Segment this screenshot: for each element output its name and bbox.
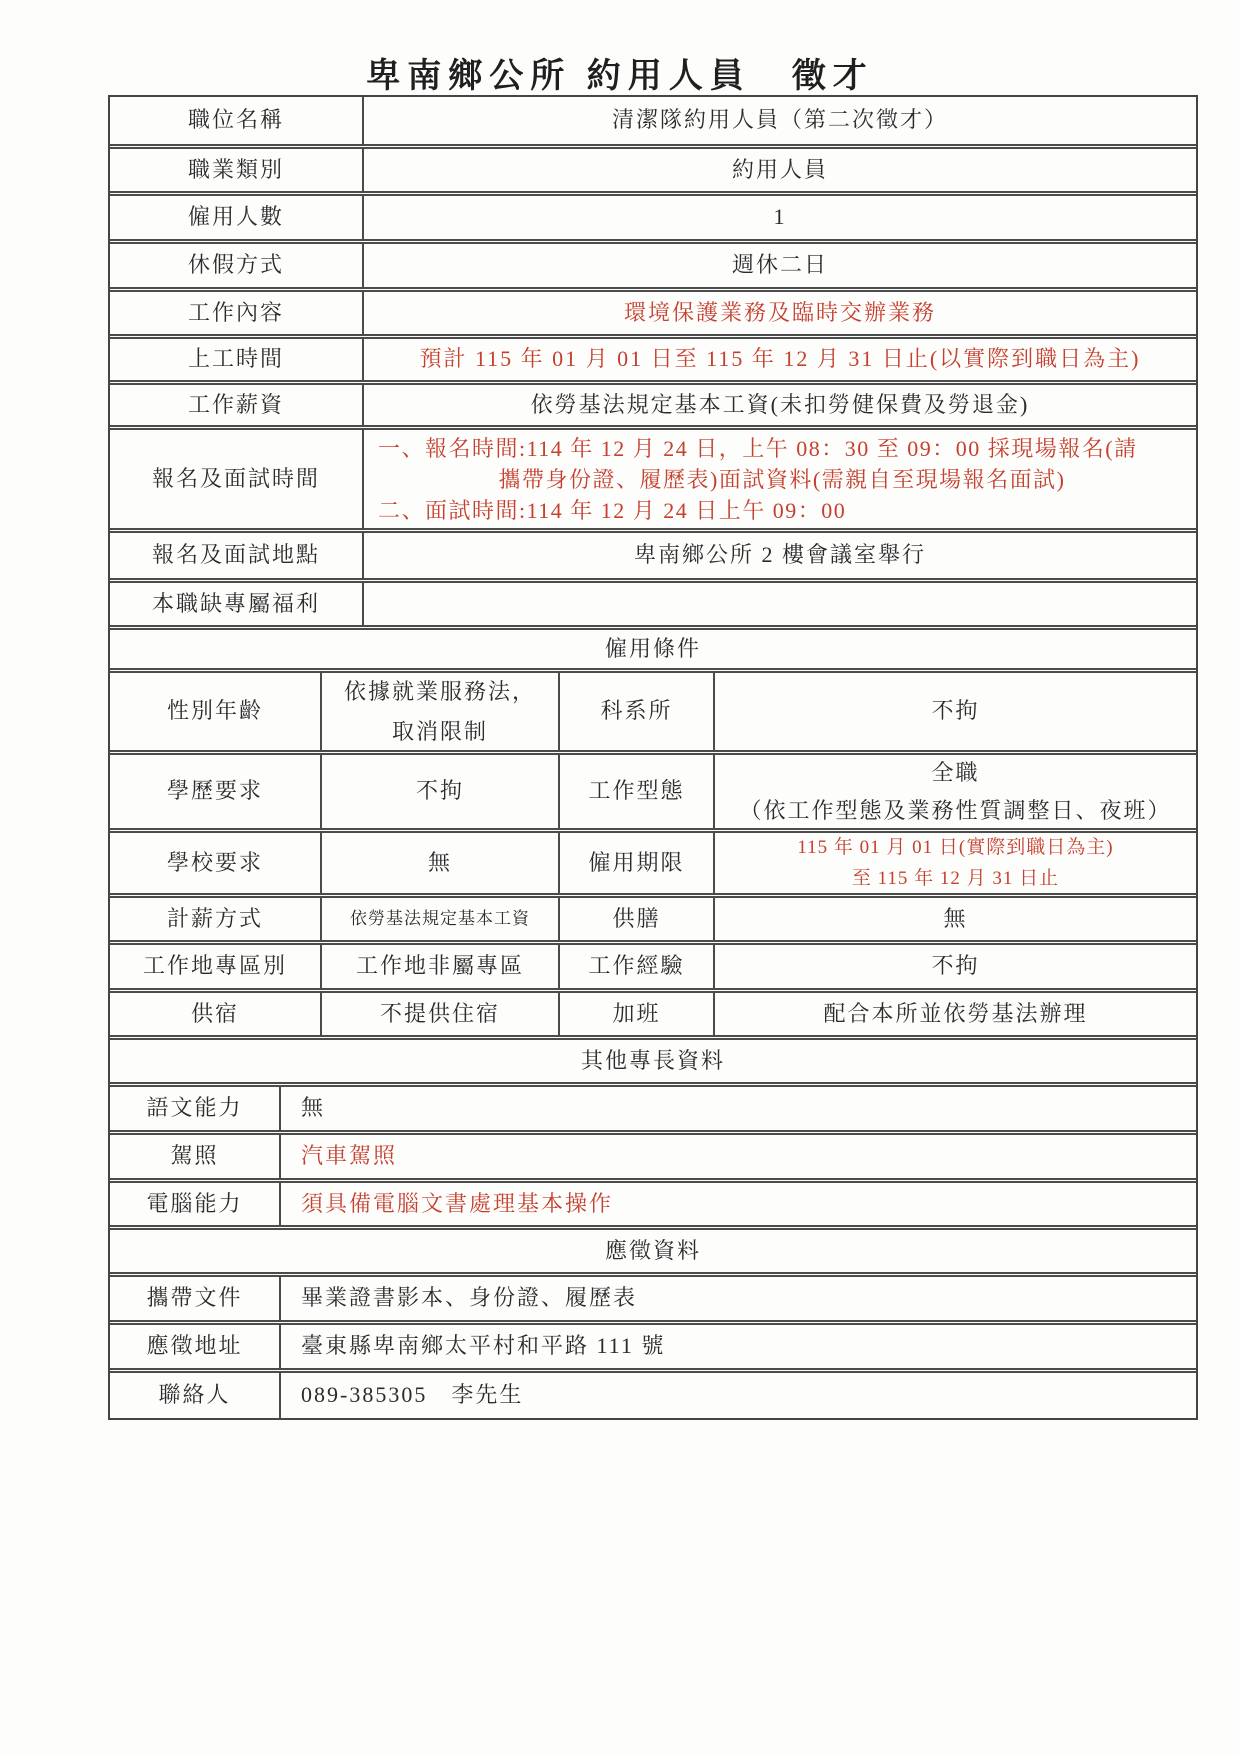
school-value: 無 bbox=[320, 833, 558, 893]
employment-period-line-1: 115 年 01 月 01 日(實際到職日為主) bbox=[797, 832, 1113, 863]
employment-period-line-2: 至 115 年 12 月 31 日止 bbox=[852, 863, 1059, 894]
work-zone-label: 工作地專區別 bbox=[110, 945, 320, 988]
form-row-start-period: 上工時間 預計 115 年 01 月 01 日至 115 年 12 月 31 日… bbox=[110, 334, 1196, 380]
leave-policy-label: 休假方式 bbox=[110, 244, 362, 287]
recruitment-form-table: 職位名稱 清潔隊約用人員（第二次徵才） 職業類別 約用人員 僱用人數 1 休假方… bbox=[108, 95, 1198, 1420]
lodging-label: 供宿 bbox=[110, 993, 320, 1035]
start-period-value: 預計 115 年 01 月 01 日至 115 年 12 月 31 日止(以實際… bbox=[362, 339, 1196, 380]
form-row-language: 語文能力 無 bbox=[110, 1082, 1196, 1130]
form-title: 卑南鄉公所 約用人員 徵才 bbox=[0, 48, 1240, 97]
start-period-label: 上工時間 bbox=[110, 339, 362, 380]
lodging-value: 不提供住宿 bbox=[320, 993, 558, 1035]
venue-label: 報名及面試地點 bbox=[110, 533, 362, 578]
work-type-value: 全職 （依工作型態及業務性質調整日、夜班） bbox=[713, 755, 1196, 828]
documents-label: 攜帶文件 bbox=[110, 1277, 279, 1320]
driver-license-label: 駕照 bbox=[110, 1135, 279, 1178]
meals-label: 供膳 bbox=[558, 898, 713, 940]
headcount-value: 1 bbox=[362, 196, 1196, 239]
employment-period-value: 115 年 01 月 01 日(實際到職日為主) 至 115 年 12 月 31… bbox=[713, 833, 1196, 893]
form-row-computer-skills: 電腦能力 須具備電腦文書處理基本操作 bbox=[110, 1178, 1196, 1225]
section-header-apply: 應徵資料 bbox=[110, 1225, 1196, 1272]
overtime-label: 加班 bbox=[558, 993, 713, 1035]
computer-skills-label: 電腦能力 bbox=[110, 1183, 279, 1225]
language-ability-label: 語文能力 bbox=[110, 1087, 279, 1130]
department-value: 不拘 bbox=[713, 673, 1196, 750]
employment-period-label: 僱用期限 bbox=[558, 833, 713, 893]
work-experience-value: 不拘 bbox=[713, 945, 1196, 988]
documents-value: 畢業證書影本、身份證、履歷表 bbox=[279, 1277, 1196, 1320]
registration-line-2: 攜帶身份證、履歷表)面試資料(需親自至現場報名面試) bbox=[378, 464, 1186, 495]
work-zone-value: 工作地非屬專區 bbox=[320, 945, 558, 988]
address-label: 應徵地址 bbox=[110, 1325, 279, 1368]
form-row-address: 應徵地址 臺東縣卑南鄉太平村和平路 111 號 bbox=[110, 1320, 1196, 1368]
form-row-education: 學歷要求 不拘 工作型態 全職 （依工作型態及業務性質調整日、夜班） bbox=[110, 750, 1196, 828]
gender-age-value-line-2: 取消限制 bbox=[392, 712, 488, 752]
form-row-contact: 聯絡人 089-385305 李先生 bbox=[110, 1368, 1196, 1418]
education-label: 學歷要求 bbox=[110, 755, 320, 828]
form-row-documents: 攜帶文件 畢業證書影本、身份證、履歷表 bbox=[110, 1272, 1196, 1320]
form-row-leave-policy: 休假方式 週休二日 bbox=[110, 239, 1196, 287]
registration-time-value: 一、報名時間:114 年 12 月 24 日，上午 08：30 至 09：00 … bbox=[362, 430, 1196, 528]
form-row-salary: 工作薪資 依勞基法規定基本工資(未扣勞健保費及勞退金) bbox=[110, 380, 1196, 425]
form-row-school: 學校要求 無 僱用期限 115 年 01 月 01 日(實際到職日為主) 至 1… bbox=[110, 828, 1196, 893]
language-ability-value: 無 bbox=[279, 1087, 1196, 1130]
department-label: 科系所 bbox=[558, 673, 713, 750]
salary-value: 依勞基法規定基本工資(未扣勞健保費及勞退金) bbox=[362, 385, 1196, 425]
job-title-value: 清潔隊約用人員（第二次徵才） bbox=[362, 97, 1196, 144]
pay-method-value: 依勞基法規定基本工資 bbox=[320, 898, 558, 940]
form-row-pay-method: 計薪方式 依勞基法規定基本工資 供膳 無 bbox=[110, 893, 1196, 940]
job-title-label: 職位名稱 bbox=[110, 97, 362, 144]
gender-age-value: 依據就業服務法， 取消限制 bbox=[320, 673, 558, 750]
gender-age-value-line-1: 依據就業服務法， bbox=[344, 672, 536, 712]
form-row-venue: 報名及面試地點 卑南鄉公所 2 樓會議室舉行 bbox=[110, 528, 1196, 578]
work-experience-label: 工作經驗 bbox=[558, 945, 713, 988]
job-category-value: 約用人員 bbox=[362, 149, 1196, 191]
form-row-job-description: 工作內容 環境保護業務及臨時交辦業務 bbox=[110, 287, 1196, 334]
work-type-value-line-1: 全職 bbox=[931, 754, 979, 792]
registration-line-3: 二、面試時間:114 年 12 月 24 日上午 09：00 bbox=[378, 495, 1186, 526]
form-row-driver-license: 駕照 汽車駕照 bbox=[110, 1130, 1196, 1178]
meals-value: 無 bbox=[713, 898, 1196, 940]
scan-page: 卑南鄉公所 約用人員 徵才 職位名稱 清潔隊約用人員（第二次徵才） 職業類別 約… bbox=[0, 0, 1240, 1754]
work-type-value-line-2: （依工作型態及業務性質調整日、夜班） bbox=[739, 792, 1171, 830]
job-description-value: 環境保護業務及臨時交辦業務 bbox=[362, 292, 1196, 334]
form-row-welfare: 本職缺專屬福利 bbox=[110, 578, 1196, 625]
registration-time-label: 報名及面試時間 bbox=[110, 430, 362, 528]
job-description-label: 工作內容 bbox=[110, 292, 362, 334]
overtime-value: 配合本所並依勞基法辦理 bbox=[713, 993, 1196, 1035]
computer-skills-value: 須具備電腦文書處理基本操作 bbox=[279, 1183, 1196, 1225]
employment-conditions-header: 僱用條件 bbox=[110, 630, 1196, 668]
form-row-registration-time: 報名及面試時間 一、報名時間:114 年 12 月 24 日，上午 08：30 … bbox=[110, 425, 1196, 528]
form-row-lodging: 供宿 不提供住宿 加班 配合本所並依勞基法辦理 bbox=[110, 988, 1196, 1035]
welfare-value bbox=[362, 583, 1196, 625]
driver-license-value: 汽車駕照 bbox=[279, 1135, 1196, 1178]
registration-line-1: 一、報名時間:114 年 12 月 24 日，上午 08：30 至 09：00 … bbox=[378, 433, 1186, 464]
venue-value: 卑南鄉公所 2 樓會議室舉行 bbox=[362, 533, 1196, 578]
leave-policy-value: 週休二日 bbox=[362, 244, 1196, 287]
form-row-headcount: 僱用人數 1 bbox=[110, 191, 1196, 239]
section-header-skills: 其他專長資料 bbox=[110, 1035, 1196, 1082]
other-skills-header: 其他專長資料 bbox=[110, 1040, 1196, 1082]
section-header-employment: 僱用條件 bbox=[110, 625, 1196, 668]
form-row-job-category: 職業類別 約用人員 bbox=[110, 144, 1196, 191]
job-category-label: 職業類別 bbox=[110, 149, 362, 191]
form-row-work-zone: 工作地專區別 工作地非屬專區 工作經驗 不拘 bbox=[110, 940, 1196, 988]
salary-label: 工作薪資 bbox=[110, 385, 362, 425]
headcount-label: 僱用人數 bbox=[110, 196, 362, 239]
form-row-job-title: 職位名稱 清潔隊約用人員（第二次徵才） bbox=[110, 97, 1196, 144]
application-info-header: 應徵資料 bbox=[110, 1230, 1196, 1272]
work-type-label: 工作型態 bbox=[558, 755, 713, 828]
school-label: 學校要求 bbox=[110, 833, 320, 893]
contact-value: 089-385305 李先生 bbox=[279, 1373, 1196, 1418]
address-value: 臺東縣卑南鄉太平村和平路 111 號 bbox=[279, 1325, 1196, 1368]
contact-label: 聯絡人 bbox=[110, 1373, 279, 1418]
education-value: 不拘 bbox=[320, 755, 558, 828]
form-row-gender-age: 性別年齡 依據就業服務法， 取消限制 科系所 不拘 bbox=[110, 668, 1196, 750]
pay-method-label: 計薪方式 bbox=[110, 898, 320, 940]
welfare-label: 本職缺專屬福利 bbox=[110, 583, 362, 625]
gender-age-label: 性別年齡 bbox=[110, 673, 320, 750]
